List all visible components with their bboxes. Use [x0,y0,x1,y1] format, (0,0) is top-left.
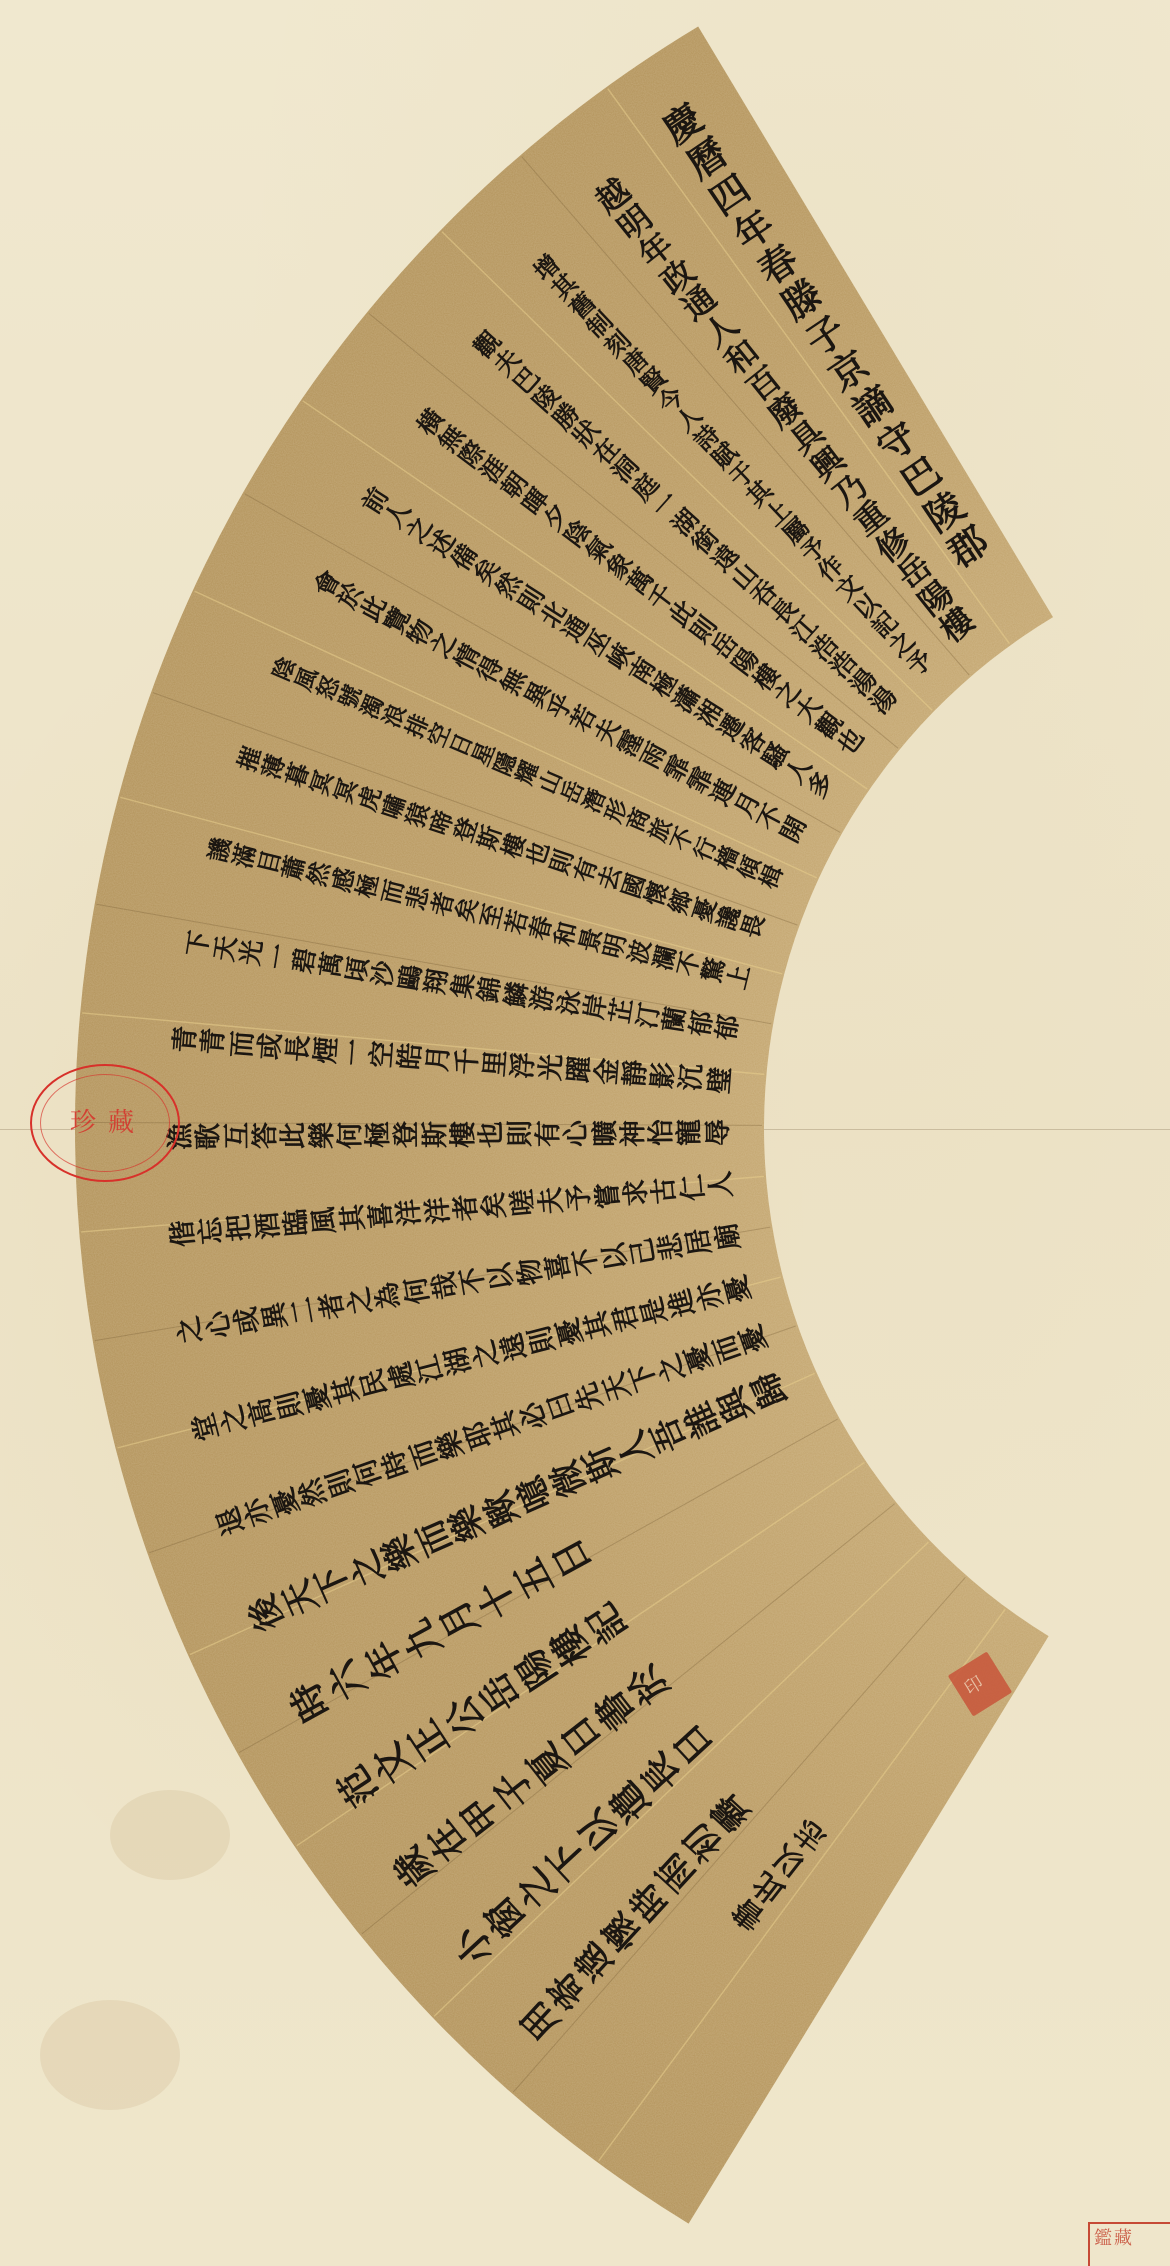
calligraphy-character: 忘 [197,1216,226,1245]
calligraphy-character: 喜 [367,1201,396,1230]
calligraphy-character: 登 [394,1121,421,1148]
calligraphy-character: 互 [225,1122,252,1149]
calligraphy-character: 極 [366,1121,393,1148]
calligraphy-character: 何 [338,1122,365,1149]
calligraphy-character: 其 [339,1203,368,1232]
calligraphy-character: 把 [225,1213,254,1242]
corner-mount-seal: 鑑藏 [1088,2222,1170,2266]
calligraphy-character: 答 [253,1122,280,1149]
calligraphy-character: 酒 [254,1211,283,1240]
calligraphy-character: 臨 [282,1208,311,1237]
calligraphy-character: 洋 [424,1196,453,1225]
calligraphy-character: 郁 [713,1013,742,1042]
calligraphy-character: 怡 [649,1119,676,1146]
calligraphy-character: 有 [536,1120,563,1147]
calligraphy-character: 辱 [706,1119,733,1146]
calligraphy-character: 古 [650,1175,679,1204]
seal-text: 鑑藏 [1094,2230,1134,2248]
calligraphy-character: 心 [564,1120,591,1147]
seal-text: 印 [962,1674,987,1699]
calligraphy-character: 廟 [713,1221,745,1252]
calligraphy-character: 寵 [677,1119,704,1146]
calligraphy-character: 偕 [169,1218,198,1247]
calligraphy-character: 長 [285,1034,314,1063]
calligraphy-character: 仁 [679,1173,708,1202]
calligraphy-character: 者 [452,1193,481,1222]
calligraphy-character: 洋 [395,1198,424,1227]
calligraphy-character: 則 [508,1120,535,1147]
calligraphy-character: 求 [622,1178,651,1207]
calligraphy-character: 而 [229,1030,258,1059]
calligraphy-character: 此 [281,1122,308,1149]
calligraphy-character: 風 [310,1206,339,1235]
calligraphy-character: 樓 [451,1121,478,1148]
calligraphy-character: 嘗 [594,1180,623,1209]
calligraphy-character: 千 [454,1047,483,1076]
calligraphy-character: 浮 [510,1051,539,1080]
calligraphy-character: 或 [257,1032,286,1061]
calligraphy-character: 里 [482,1049,511,1078]
calligraphy-character: 也 [479,1121,506,1148]
calligraphy-character: 沉 [678,1063,707,1092]
calligraphy-character: 予 [565,1183,594,1212]
calligraphy-character: 上 [724,962,753,991]
calligraphy-character: 斯 [423,1121,450,1148]
calligraphy-character: 月 [425,1044,454,1073]
calligraphy-character: 樂 [309,1122,336,1149]
calligraphy-character: 夫 [537,1185,566,1214]
calligraphy-character: 歌 [196,1122,223,1149]
calligraphy-character: 曠 [592,1120,619,1147]
calligraphy-character: 神 [621,1120,648,1147]
calligraphy-character: 嗟 [509,1188,538,1217]
calligraphy-character: 璧 [707,1066,736,1095]
calligraphy-character: 青 [200,1028,229,1057]
seal-text: 珍藏 [70,1110,146,1136]
calligraphy-character: 矣 [480,1191,509,1220]
oval-collector-seal: 珍藏 [30,1064,180,1182]
calligraphy-character: 人 [707,1170,736,1199]
